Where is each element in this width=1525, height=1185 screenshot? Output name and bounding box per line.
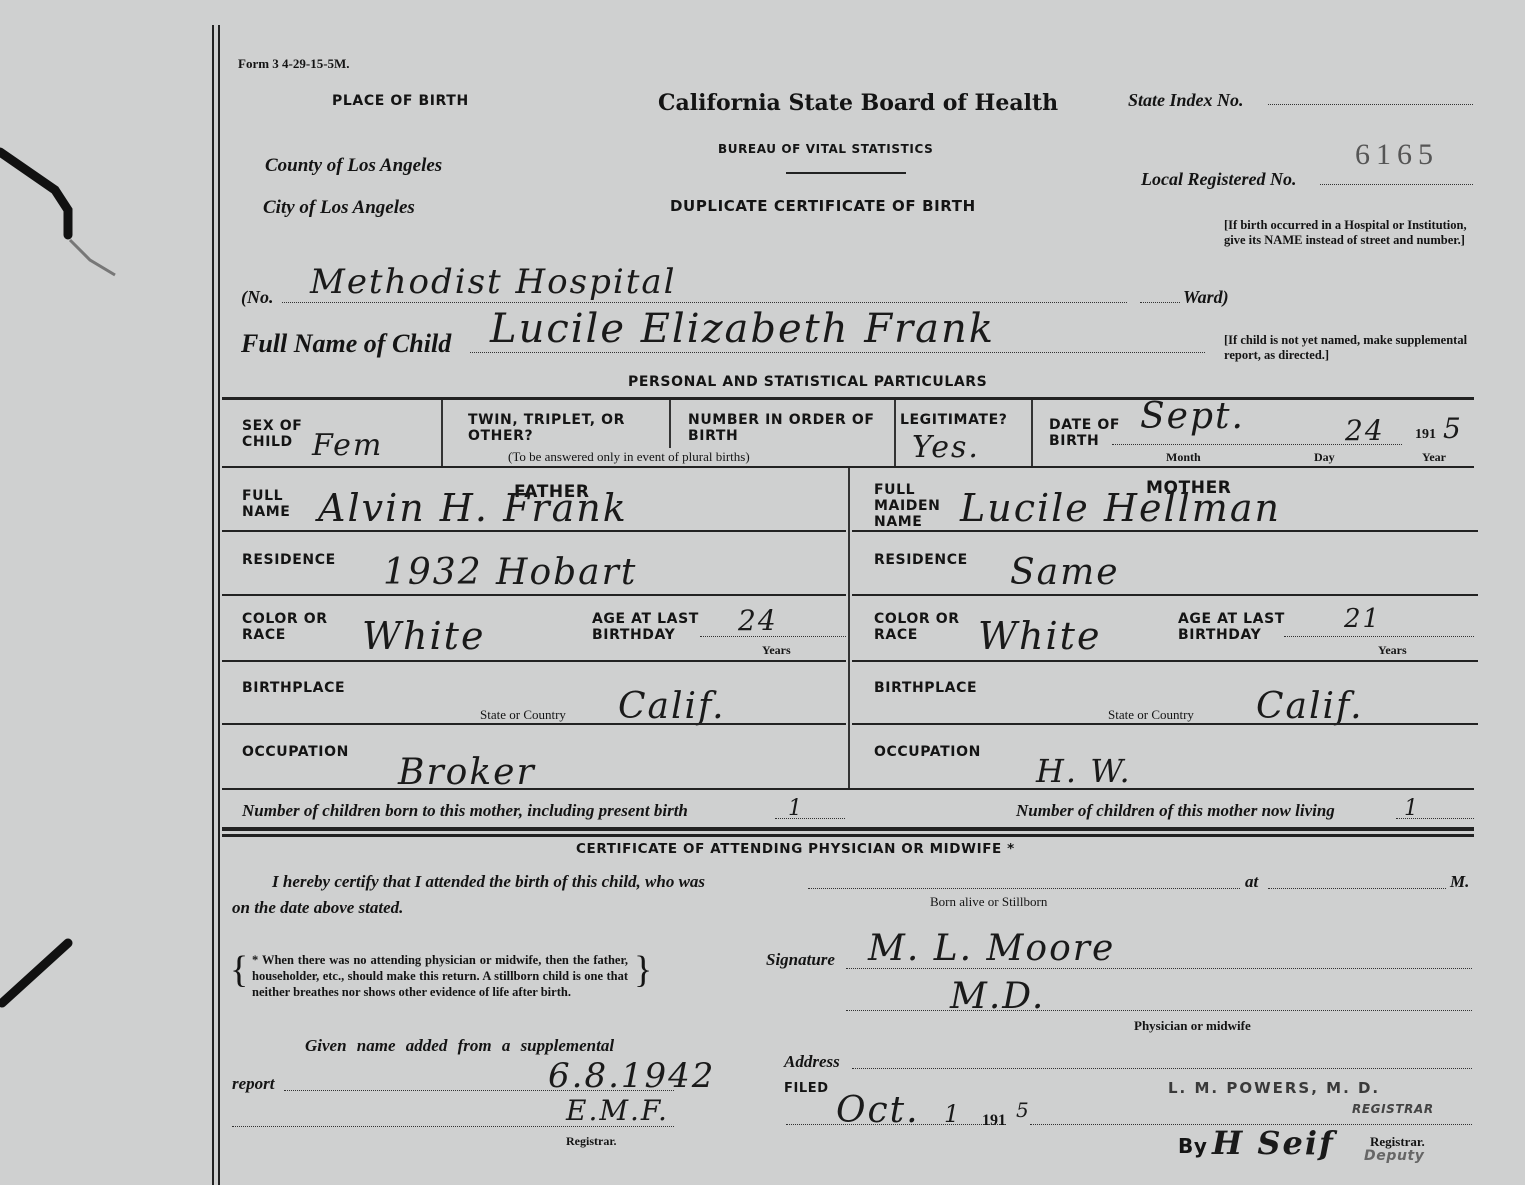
- heavy-rule-1: [222, 827, 1474, 831]
- address-value: Methodist Hospital: [310, 262, 677, 302]
- children-born-field[interactable]: [775, 808, 845, 819]
- father-name-label: FULL NAME: [242, 488, 302, 520]
- margin-pen-mark-bottom: [0, 935, 80, 1025]
- father-color-label: COLOR OR RACE: [242, 611, 332, 643]
- city: City of Los Angeles: [263, 197, 415, 219]
- children-born-label: Number of children born to this mother, …: [242, 801, 688, 821]
- mother-name-label: FULL MAIDEN NAME: [874, 482, 934, 530]
- by-signature: H Seif: [1212, 1124, 1335, 1162]
- vdiv-1: [441, 400, 443, 466]
- day-caption: Day: [1314, 450, 1335, 465]
- state-index-label: State Index No.: [1128, 90, 1244, 111]
- mother-color-value: White: [978, 614, 1101, 658]
- mother-rule-4: [852, 723, 1478, 725]
- vdiv-3: [894, 400, 896, 466]
- by-label: By: [1178, 1138, 1207, 1154]
- report-date: 6.8.1942: [548, 1056, 715, 1096]
- legit-value: Yes.: [912, 430, 980, 465]
- dob-month: Sept.: [1140, 396, 1245, 437]
- agency-title: California State Board of Health: [658, 90, 1058, 116]
- filed-month: Oct.: [836, 1090, 920, 1131]
- mother-age-label: AGE AT LAST BIRTHDAY: [1178, 611, 1318, 643]
- mother-rule-2: [852, 594, 1478, 596]
- time-field[interactable]: [1268, 878, 1446, 889]
- mother-residence-value: Same: [1010, 552, 1120, 593]
- supplemental-registrar-caption: Registrar.: [566, 1134, 617, 1149]
- initials: E.M.F.: [566, 1094, 669, 1127]
- form-id: Form 3 4-29-15-5M.: [238, 56, 350, 72]
- header-divider: [786, 172, 906, 174]
- date-statement: on the date above stated.: [232, 898, 403, 918]
- heavy-rule-2: [222, 834, 1474, 837]
- registrar-stamp: L. M. POWERS, M. D.: [1168, 1080, 1380, 1096]
- given-name-label: Given name added from a supplemental: [305, 1036, 614, 1056]
- mother-birthplace-value: Calif.: [1256, 686, 1364, 727]
- legit-label: LEGITIMATE?: [900, 412, 1007, 428]
- unnamed-note: [If child is not yet named, make supplem…: [1224, 333, 1474, 363]
- father-residence-label: RESIDENCE: [242, 552, 336, 568]
- hospital-note: [If birth occurred in a Hospital or Inst…: [1224, 218, 1476, 248]
- sex-label: SEX OF CHILD: [242, 418, 312, 450]
- mother-rule-3: [852, 660, 1478, 662]
- margin-rule-2: [218, 25, 220, 1185]
- physician-address-field[interactable]: [852, 1060, 1472, 1069]
- father-name-value: Alvin H. Frank: [318, 486, 628, 530]
- place-of-birth-label: PLACE OF BIRTH: [332, 93, 469, 109]
- rule-bottom-parents: [222, 788, 1474, 790]
- vdiv-2: [669, 400, 671, 448]
- filed-day: 1: [944, 1100, 961, 1128]
- mother-rule-1: [852, 530, 1478, 532]
- mother-years-caption: Years: [1378, 643, 1407, 658]
- signature-value: M. L. Moore: [868, 928, 1115, 969]
- brace-left: {: [230, 950, 248, 990]
- father-occupation-label: OCCUPATION: [242, 744, 349, 760]
- brace-right: }: [634, 950, 652, 990]
- plural-note: (To be answered only in event of plural …: [508, 449, 750, 465]
- child-name-label: Full Name of Child: [241, 329, 451, 359]
- mother-state-caption: State or Country: [1108, 707, 1194, 723]
- mother-occupation-value: H. W.: [1036, 752, 1132, 790]
- section-personal: PERSONAL AND STATISTICAL PARTICULARS: [628, 374, 987, 390]
- at-label: at: [1245, 872, 1258, 892]
- mother-occupation-label: OCCUPATION: [874, 744, 981, 760]
- report-label: report: [232, 1074, 275, 1094]
- local-registered-number: 6165: [1355, 138, 1439, 172]
- child-name-value: Lucile Elizabeth Frank: [490, 306, 995, 352]
- dob-year-prefix: 191: [1415, 427, 1436, 443]
- father-rule-1: [222, 530, 846, 532]
- address-label: Address: [784, 1052, 840, 1072]
- deputy-stamp: Deputy: [1364, 1148, 1425, 1164]
- local-registered-label: Local Registered No.: [1141, 169, 1296, 190]
- bureau-label: BUREAU OF VITAL STATISTICS: [718, 141, 933, 157]
- signature-line-2[interactable]: [846, 1000, 1472, 1011]
- local-registered-field[interactable]: [1320, 172, 1473, 185]
- order-label: NUMBER IN ORDER OF BIRTH: [688, 412, 888, 444]
- children-born-value: 1: [788, 796, 804, 821]
- father-residence-value: 1932 Hobart: [383, 552, 637, 593]
- mother-residence-label: RESIDENCE: [874, 552, 968, 568]
- county: County of Los Angeles: [265, 155, 442, 177]
- ward-field[interactable]: [1140, 290, 1180, 303]
- dob-day: 24: [1345, 414, 1385, 447]
- father-color-value: White: [362, 614, 485, 658]
- filed-label: FILED: [784, 1081, 829, 1097]
- born-alive-field[interactable]: [808, 878, 1240, 889]
- sex-value: Fem: [312, 428, 383, 463]
- children-living-value: 1: [1404, 796, 1420, 821]
- registrar-stamp-title: REGISTRAR: [1352, 1101, 1434, 1117]
- year-caption: Year: [1422, 450, 1446, 465]
- father-age-value: 24: [738, 604, 778, 637]
- margin-pen-mark-top: [0, 140, 130, 290]
- filed-year-prefix: 191: [982, 1112, 1006, 1130]
- state-index-field[interactable]: [1268, 92, 1473, 105]
- father-rule-3: [222, 660, 846, 662]
- footnote: * When there was no attending physician …: [252, 952, 628, 1000]
- twin-label: TWIN, TRIPLET, OR OTHER?: [468, 412, 668, 444]
- document-title: DUPLICATE CERTIFICATE OF BIRTH: [670, 198, 976, 214]
- signature-label: Signature: [766, 950, 835, 970]
- ward-label: Ward): [1183, 287, 1229, 308]
- mother-age-value: 21: [1344, 604, 1381, 634]
- mother-birthplace-label: BIRTHPLACE: [874, 680, 977, 696]
- month-caption: Month: [1166, 450, 1201, 465]
- father-occupation-value: Broker: [398, 752, 536, 793]
- born-alive-caption: Born alive or Stillborn: [930, 894, 1047, 910]
- father-state-caption: State or Country: [480, 707, 566, 723]
- certify-statement: I hereby certify that I attended the bir…: [272, 872, 705, 892]
- filed-year-suffix: 5: [1016, 1098, 1031, 1122]
- father-age-label: AGE AT LAST BIRTHDAY: [592, 611, 732, 643]
- signature-md: M.D.: [950, 976, 1045, 1017]
- children-living-label: Number of children of this mother now li…: [1016, 801, 1335, 821]
- father-birthplace-label: BIRTHPLACE: [242, 680, 345, 696]
- certificate-heading: CERTIFICATE OF ATTENDING PHYSICIAN OR MI…: [576, 841, 1015, 857]
- mother-name-value: Lucile Hellman: [960, 486, 1281, 530]
- margin-rule-1: [212, 25, 214, 1185]
- dob-year-suffix: 5: [1443, 412, 1463, 445]
- father-years-caption: Years: [762, 643, 791, 658]
- vdiv-4: [1031, 400, 1033, 466]
- physician-caption: Physician or midwife: [1134, 1018, 1251, 1034]
- rule-top-particulars: [222, 397, 1474, 400]
- father-birthplace-value: Calif.: [618, 686, 726, 727]
- m-label: M.: [1450, 872, 1469, 892]
- father-rule-2: [222, 594, 846, 596]
- parents-divider: [848, 468, 850, 788]
- mother-color-label: COLOR OR RACE: [874, 611, 964, 643]
- father-rule-4: [222, 723, 846, 725]
- no-label: (No.: [241, 287, 274, 308]
